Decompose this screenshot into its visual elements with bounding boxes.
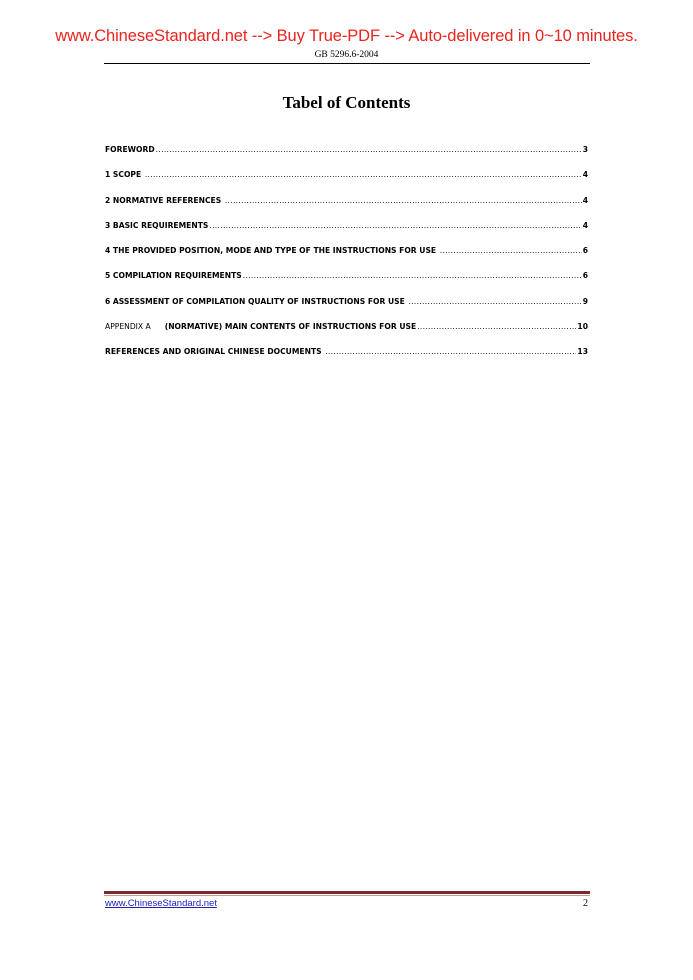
toc-entry-references[interactable]: REFERENCES AND ORIGINAL CHINESE DOCUMENT…: [105, 347, 588, 372]
leader-dots: [156, 145, 582, 154]
toc-entry-page: 9: [583, 297, 588, 306]
toc-entry-label: 6 ASSESSMENT OF COMPILATION QUALITY OF I…: [105, 297, 407, 306]
toc-entry-normative-references[interactable]: 2 NORMATIVE REFERENCES 4: [105, 196, 588, 221]
leader-dots: [440, 246, 582, 255]
toc-entry-label: 1 SCOPE: [105, 170, 144, 179]
toc-entry-label: (NORMATIVE) MAIN CONTENTS OF INSTRUCTION…: [165, 322, 416, 331]
toc-entry-prefix: APPENDIX A: [105, 322, 151, 331]
toc-entry-page: 13: [577, 347, 588, 356]
toc-title: Tabel of Contents: [0, 93, 693, 113]
header-divider: [104, 63, 590, 64]
standard-code-header: GB 5296.6-2004: [0, 50, 693, 60]
toc-entry-label: 2 NORMATIVE REFERENCES: [105, 196, 224, 205]
leader-dots: [243, 271, 582, 280]
leader-dots: [209, 221, 581, 230]
page-number: 2: [560, 898, 588, 909]
toc-entry-page: 6: [583, 246, 588, 255]
leader-dots: [225, 196, 582, 205]
toc-entry-page: 6: [583, 271, 588, 280]
toc-entry-assessment[interactable]: 6 ASSESSMENT OF COMPILATION QUALITY OF I…: [105, 297, 588, 322]
toc-entry-label: REFERENCES AND ORIGINAL CHINESE DOCUMENT…: [105, 347, 324, 356]
footer-website-link[interactable]: www.ChineseStandard.net: [105, 898, 217, 909]
footer-divider: [104, 891, 590, 894]
toc-entry-page: 4: [583, 170, 588, 179]
toc-entry-page: 10: [577, 322, 588, 331]
toc-entry-label: FOREWORD: [105, 145, 155, 154]
toc-entry-compilation-requirements[interactable]: 5 COMPILATION REQUIREMENTS 6: [105, 271, 588, 296]
toc-entry-page: 3: [583, 145, 588, 154]
leader-dots: [408, 297, 581, 306]
toc-entry-label: 5 COMPILATION REQUIREMENTS: [105, 271, 242, 280]
toc-entry-page: 4: [583, 196, 588, 205]
toc-entry-basic-requirements[interactable]: 3 BASIC REQUIREMENTS 4: [105, 221, 588, 246]
toc-entry-provided-position[interactable]: 4 THE PROVIDED POSITION, MODE AND TYPE O…: [105, 246, 588, 271]
toc-entry-appendix-a[interactable]: APPENDIX A (NORMATIVE) MAIN CONTENTS OF …: [105, 322, 588, 347]
toc-entry-scope[interactable]: 1 SCOPE 4: [105, 170, 588, 195]
toc-entry-foreword[interactable]: FOREWORD 3: [105, 145, 588, 170]
promo-banner-link[interactable]: www.ChineseStandard.net --> Buy True-PDF…: [0, 27, 693, 46]
toc-entry-label: 3 BASIC REQUIREMENTS: [105, 221, 208, 230]
leader-dots: [325, 347, 576, 356]
toc-entry-label: 4 THE PROVIDED POSITION, MODE AND TYPE O…: [105, 246, 439, 255]
table-of-contents: FOREWORD 3 1 SCOPE 4 2 NORMATIVE REFEREN…: [105, 145, 588, 373]
toc-entry-page: 4: [583, 221, 588, 230]
leader-dots: [145, 170, 582, 179]
footer-divider-thin: [104, 895, 590, 896]
leader-dots: [417, 322, 576, 331]
